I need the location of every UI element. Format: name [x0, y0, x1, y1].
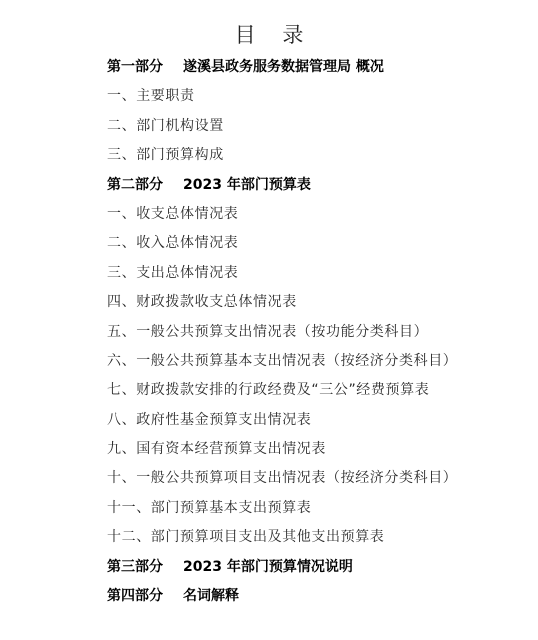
toc-part-2[interactable]: 第二部分2023 年部门预算表: [107, 173, 457, 202]
toc-item[interactable]: 一、收支总体情况表: [107, 202, 457, 231]
table-of-contents: 第一部分遂溪县政务服务数据管理局 概况 一、主要职责 二、部门机构设置 三、部门…: [107, 55, 457, 613]
toc-part-1[interactable]: 第一部分遂溪县政务服务数据管理局 概况: [107, 55, 457, 84]
toc-item[interactable]: 四、财政拨款收支总体情况表: [107, 290, 457, 319]
toc-part-title: 2023 年部门预算情况说明: [183, 559, 353, 575]
toc-item[interactable]: 一、主要职责: [107, 84, 457, 113]
toc-item[interactable]: 五、一般公共预算支出情况表（按功能分类科目）: [107, 320, 457, 349]
toc-part-title: 名词解释: [183, 588, 239, 604]
toc-part-prefix: 第三部分: [107, 559, 163, 575]
document-page: 目 录 第一部分遂溪县政务服务数据管理局 概况 一、主要职责 二、部门机构设置 …: [0, 0, 538, 640]
toc-item[interactable]: 二、部门机构设置: [107, 114, 457, 143]
toc-item[interactable]: 十二、部门预算项目支出及其他支出预算表: [107, 525, 457, 554]
toc-part-3[interactable]: 第三部分2023 年部门预算情况说明: [107, 555, 457, 584]
toc-part-4[interactable]: 第四部分名词解释: [107, 584, 457, 613]
toc-part-prefix: 第二部分: [107, 177, 163, 193]
toc-item[interactable]: 九、国有资本经营预算支出情况表: [107, 437, 457, 466]
toc-item[interactable]: 十、一般公共预算项目支出情况表（按经济分类科目）: [107, 466, 457, 495]
toc-item[interactable]: 六、一般公共预算基本支出情况表（按经济分类科目）: [107, 349, 457, 378]
toc-item[interactable]: 十一、部门预算基本支出预算表: [107, 496, 457, 525]
toc-part-prefix: 第一部分: [107, 59, 163, 75]
toc-title: 目 录: [0, 22, 538, 48]
toc-item[interactable]: 三、部门预算构成: [107, 143, 457, 172]
toc-item[interactable]: 八、政府性基金预算支出情况表: [107, 408, 457, 437]
toc-item[interactable]: 七、财政拨款安排的行政经费及“三公”经费预算表: [107, 378, 457, 407]
toc-item[interactable]: 三、支出总体情况表: [107, 261, 457, 290]
toc-item[interactable]: 二、收入总体情况表: [107, 231, 457, 260]
toc-part-prefix: 第四部分: [107, 588, 163, 604]
toc-part-title: 遂溪县政务服务数据管理局 概况: [183, 59, 384, 75]
toc-part-title: 2023 年部门预算表: [183, 177, 311, 193]
